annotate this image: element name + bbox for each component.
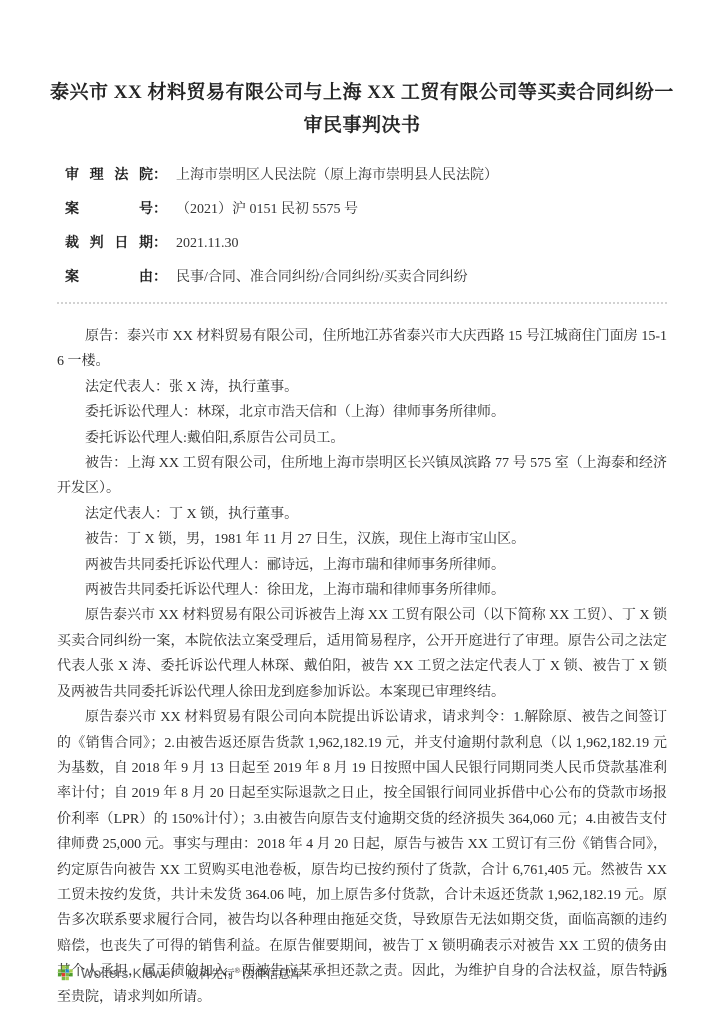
meta-label: 案号： xyxy=(65,200,167,220)
footer: Wolters Kluwer 威科先行®·法律信息库 1/3 xyxy=(57,965,667,982)
brand-name: Wolters Kluwer xyxy=(81,966,176,981)
meta-value: 2021.11.30 xyxy=(176,234,238,254)
meta-row-court: 审理法院： 上海市崇明区人民法院（原上海市崇明县人民法院） xyxy=(65,166,667,186)
body-paragraph-defendant-1: 被告：上海 XX 工贸有限公司，住所地上海市崇明区长兴镇凤滨路 77 号 575… xyxy=(57,451,667,502)
meta-value: 民事/合同、准合同纠纷/合同纠纷/买卖合同纠纷 xyxy=(176,268,468,288)
meta-row-case-number: 案号： （2021）沪 0151 民初 5575 号 xyxy=(65,200,667,220)
meta-value: 上海市崇明区人民法院（原上海市崇明县人民法院） xyxy=(176,166,498,186)
meta-label: 审理法院： xyxy=(65,166,167,186)
body-paragraph-defendant-legal-rep: 法定代表人：丁 X 锁，执行董事。 xyxy=(57,502,667,527)
meta-colon: ： xyxy=(153,168,167,183)
body-paragraph-joint-agent-1: 两被告共同委托诉讼代理人：郦诗远，上海市瑞和律师事务所律师。 xyxy=(57,553,667,578)
meta-row-judgment-date: 裁判日期： 2021.11.30 xyxy=(65,234,667,254)
body-paragraph-case-summary: 原告泰兴市 XX 材料贸易有限公司诉被告上海 XX 工贸有限公司（以下简称 XX… xyxy=(57,603,667,705)
dotted-divider xyxy=(57,302,667,304)
body-paragraph-defendant-2: 被告：丁 X 锁，男，1981 年 11 月 27 日生，汉族，现住上海市宝山区… xyxy=(57,527,667,552)
body-paragraph-plaintiff: 原告：泰兴市 XX 材料贸易有限公司，住所地江苏省泰兴市大庆西路 15 号江城商… xyxy=(57,324,667,375)
document-body: 原告：泰兴市 XX 材料贸易有限公司，住所地江苏省泰兴市大庆西路 15 号江城商… xyxy=(57,324,667,1010)
page-number: 1/3 xyxy=(651,966,667,981)
wolters-kluwer-logo-icon xyxy=(57,965,74,982)
meta-label: 案由： xyxy=(65,268,167,288)
meta-colon: ： xyxy=(153,236,167,251)
body-paragraph-agent-2: 委托诉讼代理人:戴伯阳,系原告公司员工。 xyxy=(57,426,667,451)
meta-value: （2021）沪 0151 民初 5575 号 xyxy=(176,200,358,220)
meta-colon: ： xyxy=(153,270,167,285)
document-page: 泰兴市 XX 材料贸易有限公司与上海 XX 工贸有限公司等买卖合同纠纷一审民事判… xyxy=(0,0,724,1024)
meta-colon: ： xyxy=(153,202,167,217)
meta-label: 裁判日期： xyxy=(65,234,167,254)
meta-row-cause-of-action: 案由： 民事/合同、准合同纠纷/合同纠纷/买卖合同纠纷 xyxy=(65,268,667,288)
metadata-section: 审理法院： 上海市崇明区人民法院（原上海市崇明县人民法院） 案号： （2021）… xyxy=(65,166,667,288)
body-paragraph-agent-1: 委托诉讼代理人：林琛，北京市浩天信和（上海）律师事务所律师。 xyxy=(57,400,667,425)
document-title: 泰兴市 XX 材料贸易有限公司与上海 XX 工贸有限公司等买卖合同纠纷一审民事判… xyxy=(50,76,674,142)
body-paragraph-legal-rep: 法定代表人：张 X 涛，执行董事。 xyxy=(57,375,667,400)
body-paragraph-joint-agent-2: 两被告共同委托诉讼代理人：徐田龙，上海市瑞和律师事务所律师。 xyxy=(57,578,667,603)
product-name: 威科先行®·法律信息库 xyxy=(187,965,303,982)
